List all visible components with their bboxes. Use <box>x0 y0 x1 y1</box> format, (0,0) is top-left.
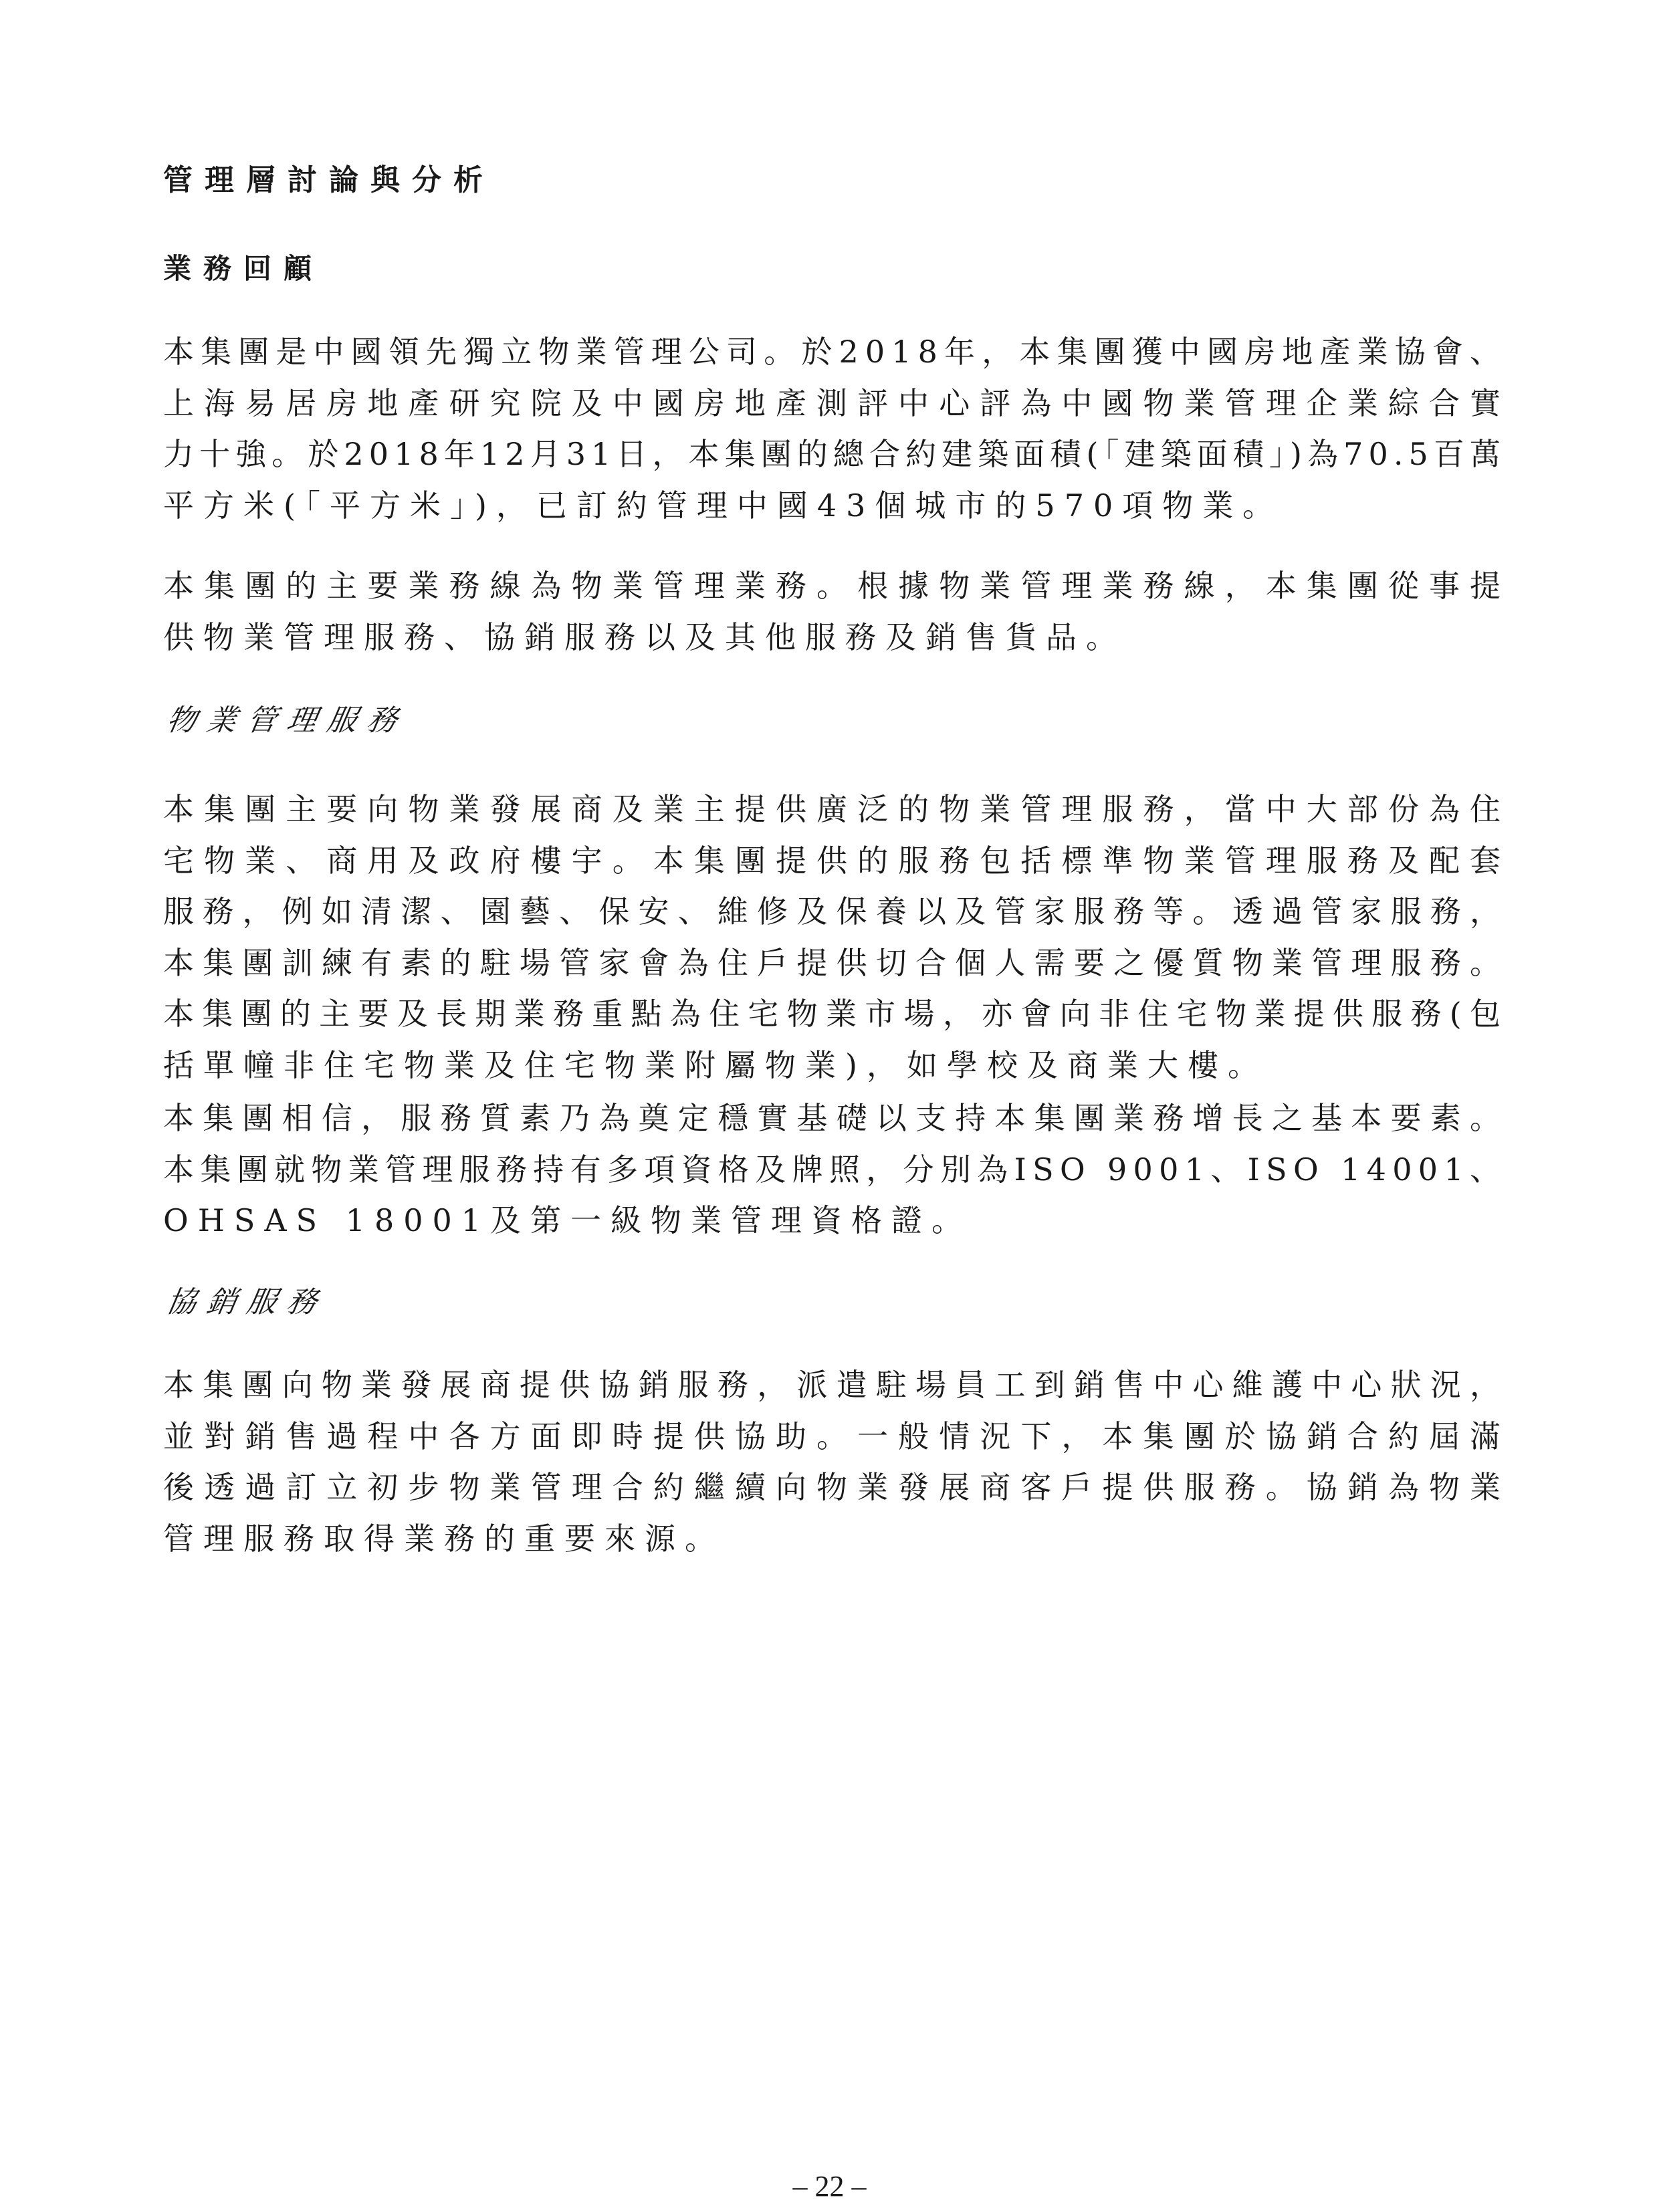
paragraph-company-overview: 本集團是中國領先獨立物業管理公司。於2018年，本集團獲中國房地產業協會、 上海… <box>163 326 1501 531</box>
text-line: 本集團向物業發展商提供協銷服務，派遣駐場員工到銷售中心維護中心狀況， <box>163 1359 1501 1411</box>
paragraph-service-quality: 本集團相信，服務質素乃為奠定穩實基礎以支持本集團業務增長之基本要素。 本集團就物… <box>163 1093 1501 1246</box>
text-line: 管理服務取得業務的重要來源。 <box>163 1513 1501 1565</box>
text-line: 本集團訓練有素的駐場管家會為住戶提供切合個人需要之優質物業管理服務。 <box>163 937 1501 989</box>
text-line: 本集團的主要業務線為物業管理業務。根據物業管理業務線，本集團從事提 <box>163 560 1501 612</box>
paragraph-sales-assistance-services: 本集團向物業發展商提供協銷服務，派遣駐場員工到銷售中心維護中心狀況， 並對銷售過… <box>163 1359 1501 1564</box>
text-line: 本集團主要向物業發展商及業主提供廣泛的物業管理服務，當中大部份為住 <box>163 784 1501 835</box>
text-line: 後透過訂立初步物業管理合約繼續向物業發展商客戶提供服務。協銷為物業 <box>163 1462 1501 1513</box>
section-heading: 業務回顧 <box>163 249 324 289</box>
text-line: 本集團是中國領先獨立物業管理公司。於2018年，本集團獲中國房地產業協會、 <box>163 326 1501 378</box>
text-line: 本集團相信，服務質素乃為奠定穩實基礎以支持本集團業務增長之基本要素。 <box>163 1093 1501 1144</box>
document-page: 管理層討論與分析 業務回顧 本集團是中國領先獨立物業管理公司。於2018年，本集… <box>0 0 1659 2212</box>
subsection-heading-property-management: 物業管理服務 <box>163 701 411 741</box>
text-line: 供物業管理服務、協銷服務以及其他服務及銷售貨品。 <box>163 612 1501 663</box>
text-line: 服務，例如清潔、園藝、保安、維修及保養以及管家服務等。透過管家服務， <box>163 886 1501 937</box>
page-number: – 22 – <box>0 2167 1659 2207</box>
text-line: 本集團的主要及長期業務重點為住宅物業市場，亦會向非住宅物業提供服務(包 <box>163 988 1501 1040</box>
text-line: 並對銷售過程中各方面即時提供協助。一般情況下，本集團於協銷合約屆滿 <box>163 1411 1501 1462</box>
subsection-heading-sales-assistance: 協銷服務 <box>163 1283 331 1323</box>
text-line: 宅物業、商用及政府樓宇。本集團提供的服務包括標準物業管理服務及配套 <box>163 835 1501 887</box>
text-line: 括單幢非住宅物業及住宅物業附屬物業)，如學校及商業大樓。 <box>163 1040 1501 1091</box>
text-line: 上海易居房地產研究院及中國房地產測評中心評為中國物業管理企業綜合實 <box>163 378 1501 429</box>
text-line: 本集團就物業管理服務持有多項資格及牌照，分別為ISO 9001、ISO 1400… <box>163 1144 1501 1196</box>
page-title: 管理層討論與分析 <box>163 160 495 201</box>
text-line: OHSAS 18001及第一級物業管理資格證。 <box>163 1195 1501 1246</box>
paragraph-business-lines: 本集團的主要業務線為物業管理業務。根據物業管理業務線，本集團從事提 供物業管理服… <box>163 560 1501 663</box>
text-line: 力十強。於2018年12月31日，本集團的總合約建築面積(「建築面積」)為70.… <box>163 429 1501 480</box>
paragraph-property-management-services: 本集團主要向物業發展商及業主提供廣泛的物業管理服務，當中大部份為住 宅物業、商用… <box>163 784 1501 1091</box>
text-line: 平方米(「平方米」)，已訂約管理中國43個城市的570項物業。 <box>163 480 1501 532</box>
